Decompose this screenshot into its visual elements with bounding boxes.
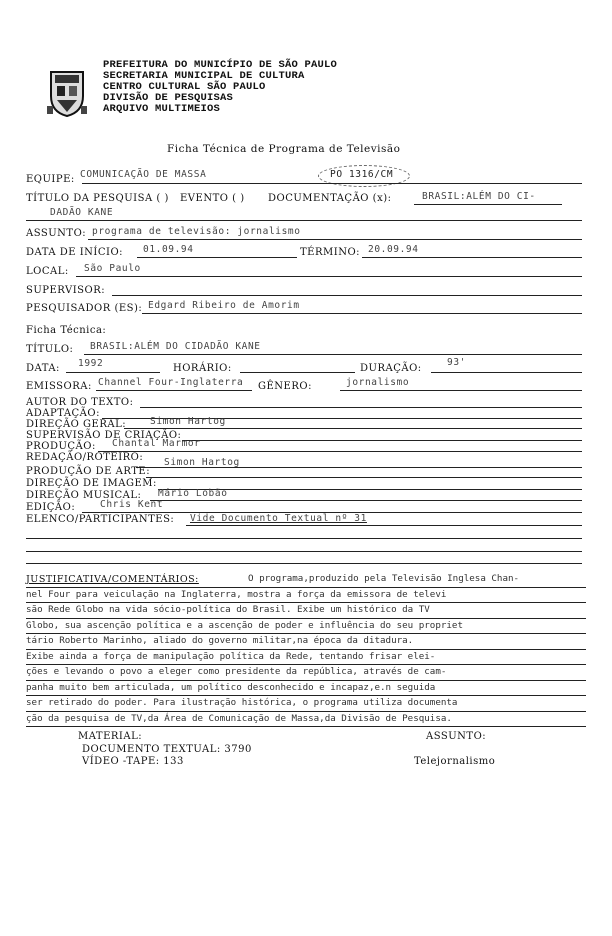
emissora-label: EMISSORA: (26, 381, 92, 392)
documentacao-value-2: DADÃO KANE (50, 207, 113, 218)
data-inicio-value: 01.09.94 (143, 244, 194, 255)
data-value: 1992 (78, 358, 103, 369)
justificativa-line: O programa,produzido pela Televisão Ingl… (26, 572, 586, 588)
termino-value: 20.09.94 (368, 244, 419, 255)
emissora-value: Channel Four-Inglaterra (98, 377, 243, 388)
titulo-value: BRASIL:ALÉM DO CIDADÃO KANE (90, 341, 261, 352)
credit-value: Chris Kent (100, 499, 163, 510)
form-title: Ficha Técnica de Programa de Televisão (167, 143, 401, 155)
assunto-footer-label: ASSUNTO: (426, 731, 486, 742)
justificativa-line: ção da pesquisa de TV,da Área de Comunic… (26, 712, 586, 728)
assunto-label: ASSUNTO: (26, 228, 86, 239)
credit-label: ADAPTAÇÃO: (26, 408, 100, 419)
data-inicio-label: DATA DE INÍCIO: (26, 247, 123, 258)
justificativa-line: Exibe ainda a força de manipulação polít… (26, 650, 586, 666)
catalog-code: PO 1316/CM (330, 169, 393, 180)
genero-value: jornalismo (346, 377, 409, 388)
credit-label: REDAÇÃO/ROTEIRO: (26, 452, 143, 463)
credit-value: Simon Hartog (150, 416, 226, 427)
video-tape: VÍDEO -TAPE: 133 (82, 756, 184, 767)
justificativa-line: ser retirado do poder. Para ilustração h… (26, 696, 586, 712)
evento-label: EVENTO ( ) (180, 193, 245, 204)
assunto-footer-value: Telejornalismo (414, 756, 495, 767)
justificativa-line: panha muito bem articulada, um político … (26, 681, 586, 697)
justificativa-line: tário Roberto Marinho, aliado do governo… (26, 634, 586, 650)
justificativa-line: Globo, sua ascenção política e a ascençã… (26, 619, 586, 635)
horario-label: HORÁRIO: (173, 363, 232, 374)
equipe-label: EQUIPE: (26, 174, 75, 185)
credit-value: Chantal Marmor (112, 438, 200, 449)
titulo-label: TÍTULO: (26, 344, 73, 355)
supervisor-label: SUPERVISOR: (26, 285, 105, 296)
justificativa-line: são Rede Globo na vida sócio-política do… (26, 603, 586, 619)
credit-label: EDIÇÃO: (26, 502, 75, 513)
pesquisador-label: PESQUISADOR (ES): (26, 303, 142, 314)
ficha-heading: Ficha Técnica: (26, 325, 106, 336)
documentacao-label: DOCUMENTAÇÃO (x): (268, 193, 392, 204)
institution-header: PREFEITURA DO MUNICÍPIO DE SÃO PAULO SEC… (103, 60, 337, 115)
local-label: LOCAL: (26, 266, 69, 277)
duracao-label: DURAÇÃO: (360, 363, 422, 374)
credit-label: ELENCO/PARTICIPANTES: (26, 514, 174, 525)
credit-label: DIREÇÃO GERAL: (26, 419, 126, 430)
titulo-pesquisa-label: TÍTULO DA PESQUISA ( ) (26, 193, 169, 204)
termino-label: TÉRMINO: (300, 247, 360, 258)
credit-label: AUTOR DO TEXTO: (26, 397, 133, 408)
documento-textual: DOCUMENTO TEXTUAL: 3790 (82, 744, 252, 755)
credit-label: PRODUÇÃO: (26, 441, 96, 452)
documentacao-value-1: BRASIL:ALÉM DO CI- (422, 191, 536, 202)
justificativa-text: O programa,produzido pela Televisão Ingl… (26, 572, 586, 727)
duracao-value: 93' (447, 357, 466, 368)
genero-label: GÊNERO: (258, 381, 312, 392)
pesquisador-value: Edgard Ribeiro de Amorim (148, 300, 300, 311)
credit-label: DIREÇÃO DE IMAGEM: (26, 478, 157, 489)
credit-label: PRODUÇÃO DE ARTE: (26, 466, 150, 477)
header-line: ARQUIVO MULTIMEIOS (103, 104, 337, 115)
justificativa-line: nel Four para veiculação na Inglaterra, … (26, 588, 586, 604)
local-value: São Paulo (84, 263, 141, 274)
city-crest-icon (45, 66, 89, 118)
data-label: DATA: (26, 363, 60, 374)
credit-value: Vide Documento Textual nº 31 (190, 513, 367, 524)
material-label: MATERIAL: (78, 731, 142, 742)
equipe-value: COMUNICAÇÃO DE MASSA (80, 169, 206, 180)
justificativa-line: ções e levando o povo a eleger como pres… (26, 665, 586, 681)
credit-value: Mário Lobão (158, 488, 228, 499)
assunto-value: programa de televisão: jornalismo (92, 226, 301, 237)
